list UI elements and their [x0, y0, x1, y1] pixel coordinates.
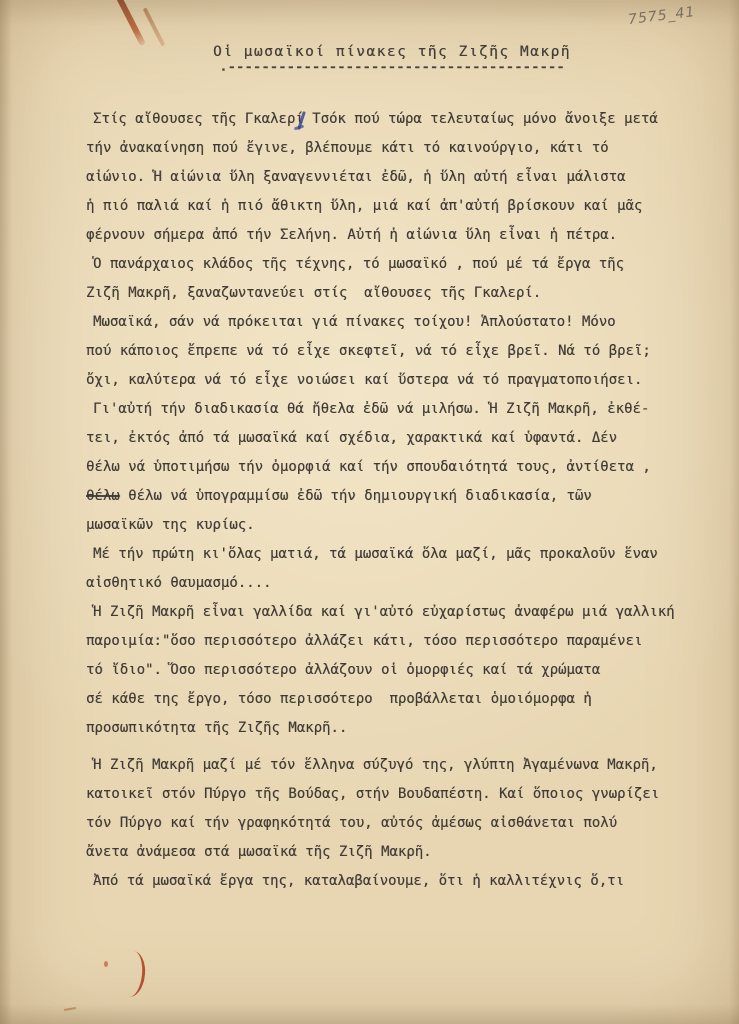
title-underline: .---------------------------------------… — [86, 63, 698, 72]
paragraph-6: Ἡ Ζιζῆ Μακρῆ εἶναι γαλλίδα καί γι'αὐτό ε… — [86, 598, 698, 743]
red-pen-dot — [104, 961, 108, 967]
paragraph-4-strike-line-rest: θέλω νά ὑπογραμμίσω ἐδῶ τήν δημιουργική … — [120, 488, 592, 504]
paragraph-2: Ὁ πανάρχαιος κλάδος τῆς τέχνης, τό μωσαϊ… — [86, 250, 698, 308]
paragraph-3: Μωσαϊκά, σάν νά πρόκειται γιά πίνακες το… — [86, 308, 698, 395]
paragraph-8: Ἀπό τά μωσαϊκά ἔργα της, καταλαβαίνουμε,… — [86, 867, 698, 896]
scanned-typewritten-page: 7575_41 Οἱ μωσαϊκοί πίνακες τῆς Ζιζῆς Μα… — [0, 0, 739, 1024]
paragraph-4-closing-line: μωσαϊκῶν της κυρίως. — [86, 517, 255, 533]
rust-stain-mark-faint — [143, 7, 166, 46]
red-pen-mark — [116, 950, 148, 999]
paragraph-5: Μέ τήν πρώτη κι'ὅλας ματιά, τά μωσαϊκά ὅ… — [86, 540, 698, 598]
rust-stain-mark — [116, 0, 146, 46]
red-pen-tick — [64, 1007, 76, 1011]
paragraph-4-opening-lines: Γι'αὐτή τήν διαδικασία θά ἤθελα ἐδῶ νά μ… — [86, 401, 651, 475]
struck-word: θέλω — [86, 488, 120, 504]
paragraph-1: Στίς αἴθουσες τῆς Γκαλερί Τσόκ πού τώρα … — [86, 105, 698, 250]
title-block: Οἱ μωσαϊκοί πίνακες τῆς Ζιζῆς Μακρῆ .---… — [86, 44, 698, 72]
document-title: Οἱ μωσαϊκοί πίνακες τῆς Ζιζῆς Μακρῆ — [86, 44, 698, 60]
archive-number-note: 7575_41 — [627, 4, 696, 28]
document-body: Στίς αἴθουσες τῆς Γκαλερί Τσόκ πού τώρα … — [86, 105, 698, 896]
paragraph-4: Γι'αὐτή τήν διαδικασία θά ἤθελα ἐδῶ νά μ… — [86, 395, 698, 540]
paragraph-7: Ἡ Ζιζῆ Μακρῆ μαζί μέ τόν ἕλληνα σύζυγό τ… — [86, 751, 698, 867]
document: Οἱ μωσαϊκοί πίνακες τῆς Ζιζῆς Μακρῆ .---… — [86, 44, 698, 896]
